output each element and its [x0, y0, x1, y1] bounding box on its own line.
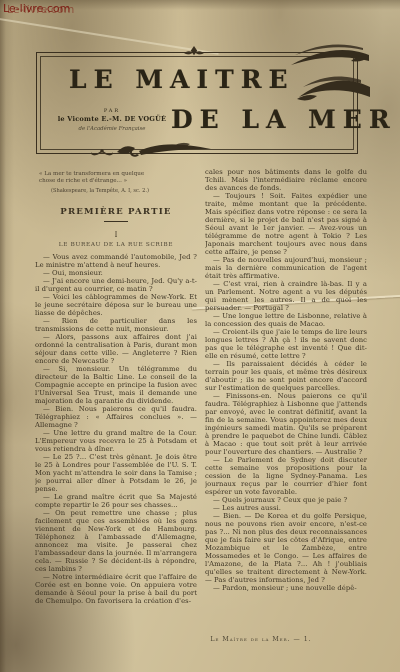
- epigraph-attribution: (Shakespeare, la Tempête, A. I, sc. 2.): [39, 188, 197, 195]
- scanned-book-page: Le-livre.com: [0, 0, 400, 672]
- right-column: cales pour nos bâtiments dans le golfe d…: [205, 168, 367, 632]
- body-paragraph: — Toujours ! Soit. Faites expédier une t…: [205, 192, 367, 256]
- body-paragraph: — C'est vrai, rien à craindre là-bas. Il…: [205, 280, 367, 312]
- byline-prefix: PAR: [41, 108, 183, 114]
- body-paragraph: — Le 25 ?... C'est très gênant. Je dois …: [35, 453, 197, 493]
- body-paragraph: — Bien. Nous paierons ce qu'il faudra. T…: [35, 405, 197, 429]
- body-paragraph: — Quels journaux ? Ceux que je paie ?: [205, 496, 367, 504]
- left-column: « La mer te transformera en quelque chos…: [35, 168, 197, 632]
- body-paragraph: — Rien de particulier dans les transmiss…: [35, 317, 197, 333]
- body-paragraph: — Pas de nouvelles aujourd'hui, monsieur…: [205, 256, 367, 280]
- byline-fleuron-icon: [89, 148, 115, 160]
- epigraph: « La mer te transformera en quelque chos…: [39, 171, 197, 195]
- body-paragraph: — Voici les câblogrammes de New-York. Et…: [35, 293, 197, 317]
- body-paragraph: — Oui, monsieur.: [35, 269, 197, 277]
- body-paragraph: — Le grand maître écrit que Sa Majesté c…: [35, 493, 197, 509]
- right-column-paragraphs: cales pour nos bâtiments dans le golfe d…: [205, 168, 367, 592]
- body-paragraph: — Bien. — De Korea et du golfe Persique,…: [205, 512, 367, 584]
- body-paragraph: — Ils paraissaient décidés à céder le te…: [205, 360, 367, 392]
- epigraph-line1: « La mer te transformera en quelque: [39, 171, 197, 178]
- chapter-title: LE BUREAU DE LA RUE SCRIBE: [35, 242, 197, 248]
- body-paragraph: — J'ai encore une demi-heure, Jed. Qu'y …: [35, 277, 197, 293]
- body-paragraph: — Finissons-en. Nous paierons ce qu'il f…: [205, 392, 367, 456]
- body-paragraph: — Vous avez commandé l'automobile, Jed ?…: [35, 253, 197, 269]
- part-heading: PREMIÈRE PARTIE: [35, 207, 197, 217]
- author-name: le Vicomte E.-M. DE VOGÜÉ: [41, 115, 183, 123]
- masthead-frame: LE MAITRE DE LA MER PAR le Vicomte E.-M.…: [36, 52, 358, 154]
- frame-top-ornament-icon: [183, 46, 205, 60]
- page-footer: Le Maître de la Mer. — 1.: [183, 636, 339, 643]
- body-paragraph: — Pardon, monsieur ; une nouvelle dépê-: [205, 584, 367, 592]
- author-subtitle: de l'Académie Française: [41, 126, 183, 132]
- chapter-numeral: I: [35, 231, 197, 239]
- body-paragraph: — Si, monsieur. Un télégramme du directe…: [35, 365, 197, 405]
- byline: PAR le Vicomte E.-M. DE VOGÜÉ de l'Acadé…: [41, 108, 183, 132]
- body-paragraph: — Alors, passons aux affaires dont j'ai …: [35, 333, 197, 365]
- watermark-lelivre: Le-livre.com: [3, 2, 70, 15]
- text-columns: « La mer te transformera en quelque chos…: [35, 168, 367, 632]
- book-title-line1: LE MAITRE: [69, 65, 295, 94]
- left-column-paragraphs: — Vous avez commandé l'automobile, Jed ?…: [35, 253, 197, 605]
- body-paragraph: — Notre intermédiaire écrit que l'affair…: [35, 573, 197, 605]
- body-paragraph: — On peut remettre une chasse ; plus fac…: [35, 509, 197, 573]
- bottom-flourish-icon: [113, 140, 213, 162]
- epigraph-line2: chose de riche et d'étrange... »: [39, 178, 197, 185]
- body-paragraph: — Le Parlement de Sydney doit discuter c…: [205, 456, 367, 496]
- body-paragraph: — Les autres aussi.: [205, 504, 367, 512]
- body-paragraph: — Une longue lettre de Lisbonne, relativ…: [205, 312, 367, 328]
- body-paragraph: — Une lettre du grand maître de la Cour.…: [35, 429, 197, 453]
- book-title-line2: DE LA MER: [171, 105, 397, 134]
- part-heading-rule: [104, 221, 128, 222]
- body-paragraph: — Croient-ils que j'aie le temps de lire…: [205, 328, 367, 360]
- body-paragraph: cales pour nos bâtiments dans le golfe d…: [205, 168, 367, 192]
